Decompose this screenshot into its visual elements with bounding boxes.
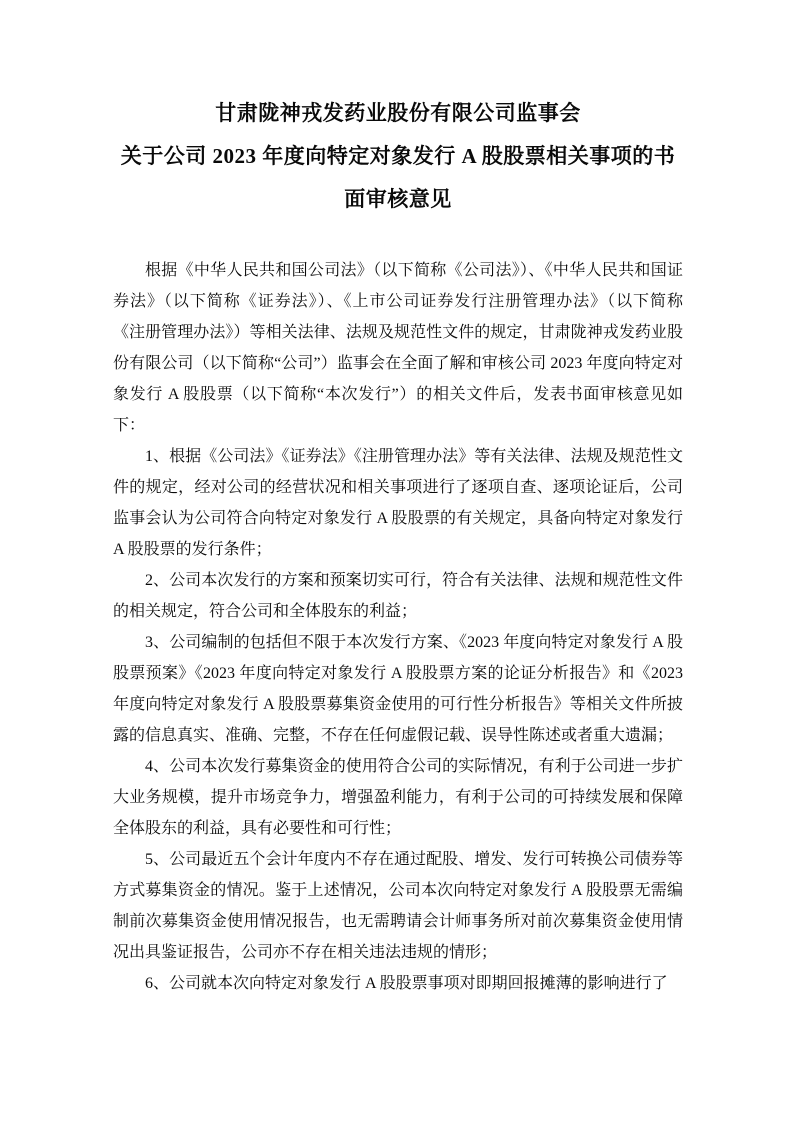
paragraph-item-1: 1、根据《公司法》《证券法》《注册管理办法》等有关法律、法规及规范性文件的规定，… bbox=[113, 441, 683, 565]
document-body: 根据《中华人民共和国公司法》（以下简称《公司法》）、《中华人民共和国证券法》（以… bbox=[113, 255, 683, 999]
paragraph-item-4: 4、公司本次发行募集资金的使用符合公司的实际情况，有利于公司进一步扩大业务规模，… bbox=[113, 751, 683, 844]
document-title-line-3: 面审核意见 bbox=[113, 178, 683, 221]
document-page: 甘肃陇神戎发药业股份有限公司监事会 关于公司 2023 年度向特定对象发行 A … bbox=[0, 0, 793, 1122]
paragraph-item-5: 5、公司最近五个会计年度内不存在通过配股、增发、发行可转换公司债券等方式募集资金… bbox=[113, 844, 683, 968]
paragraph-item-6: 6、公司就本次向特定对象发行 A 股股票事项对即期回报摊薄的影响进行了 bbox=[113, 968, 683, 999]
paragraph-item-3: 3、公司编制的包括但不限于本次发行方案、《2023 年度向特定对象发行 A 股股… bbox=[113, 627, 683, 751]
document-title: 甘肃陇神戎发药业股份有限公司监事会 关于公司 2023 年度向特定对象发行 A … bbox=[113, 92, 683, 221]
paragraph-item-2: 2、公司本次发行的方案和预案切实可行，符合有关法律、法规和规范性文件的相关规定，… bbox=[113, 565, 683, 627]
document-title-line-2: 关于公司 2023 年度向特定对象发行 A 股股票相关事项的书 bbox=[113, 135, 683, 178]
document-title-line-1: 甘肃陇神戎发药业股份有限公司监事会 bbox=[113, 92, 683, 135]
paragraph-intro: 根据《中华人民共和国公司法》（以下简称《公司法》）、《中华人民共和国证券法》（以… bbox=[113, 255, 683, 441]
